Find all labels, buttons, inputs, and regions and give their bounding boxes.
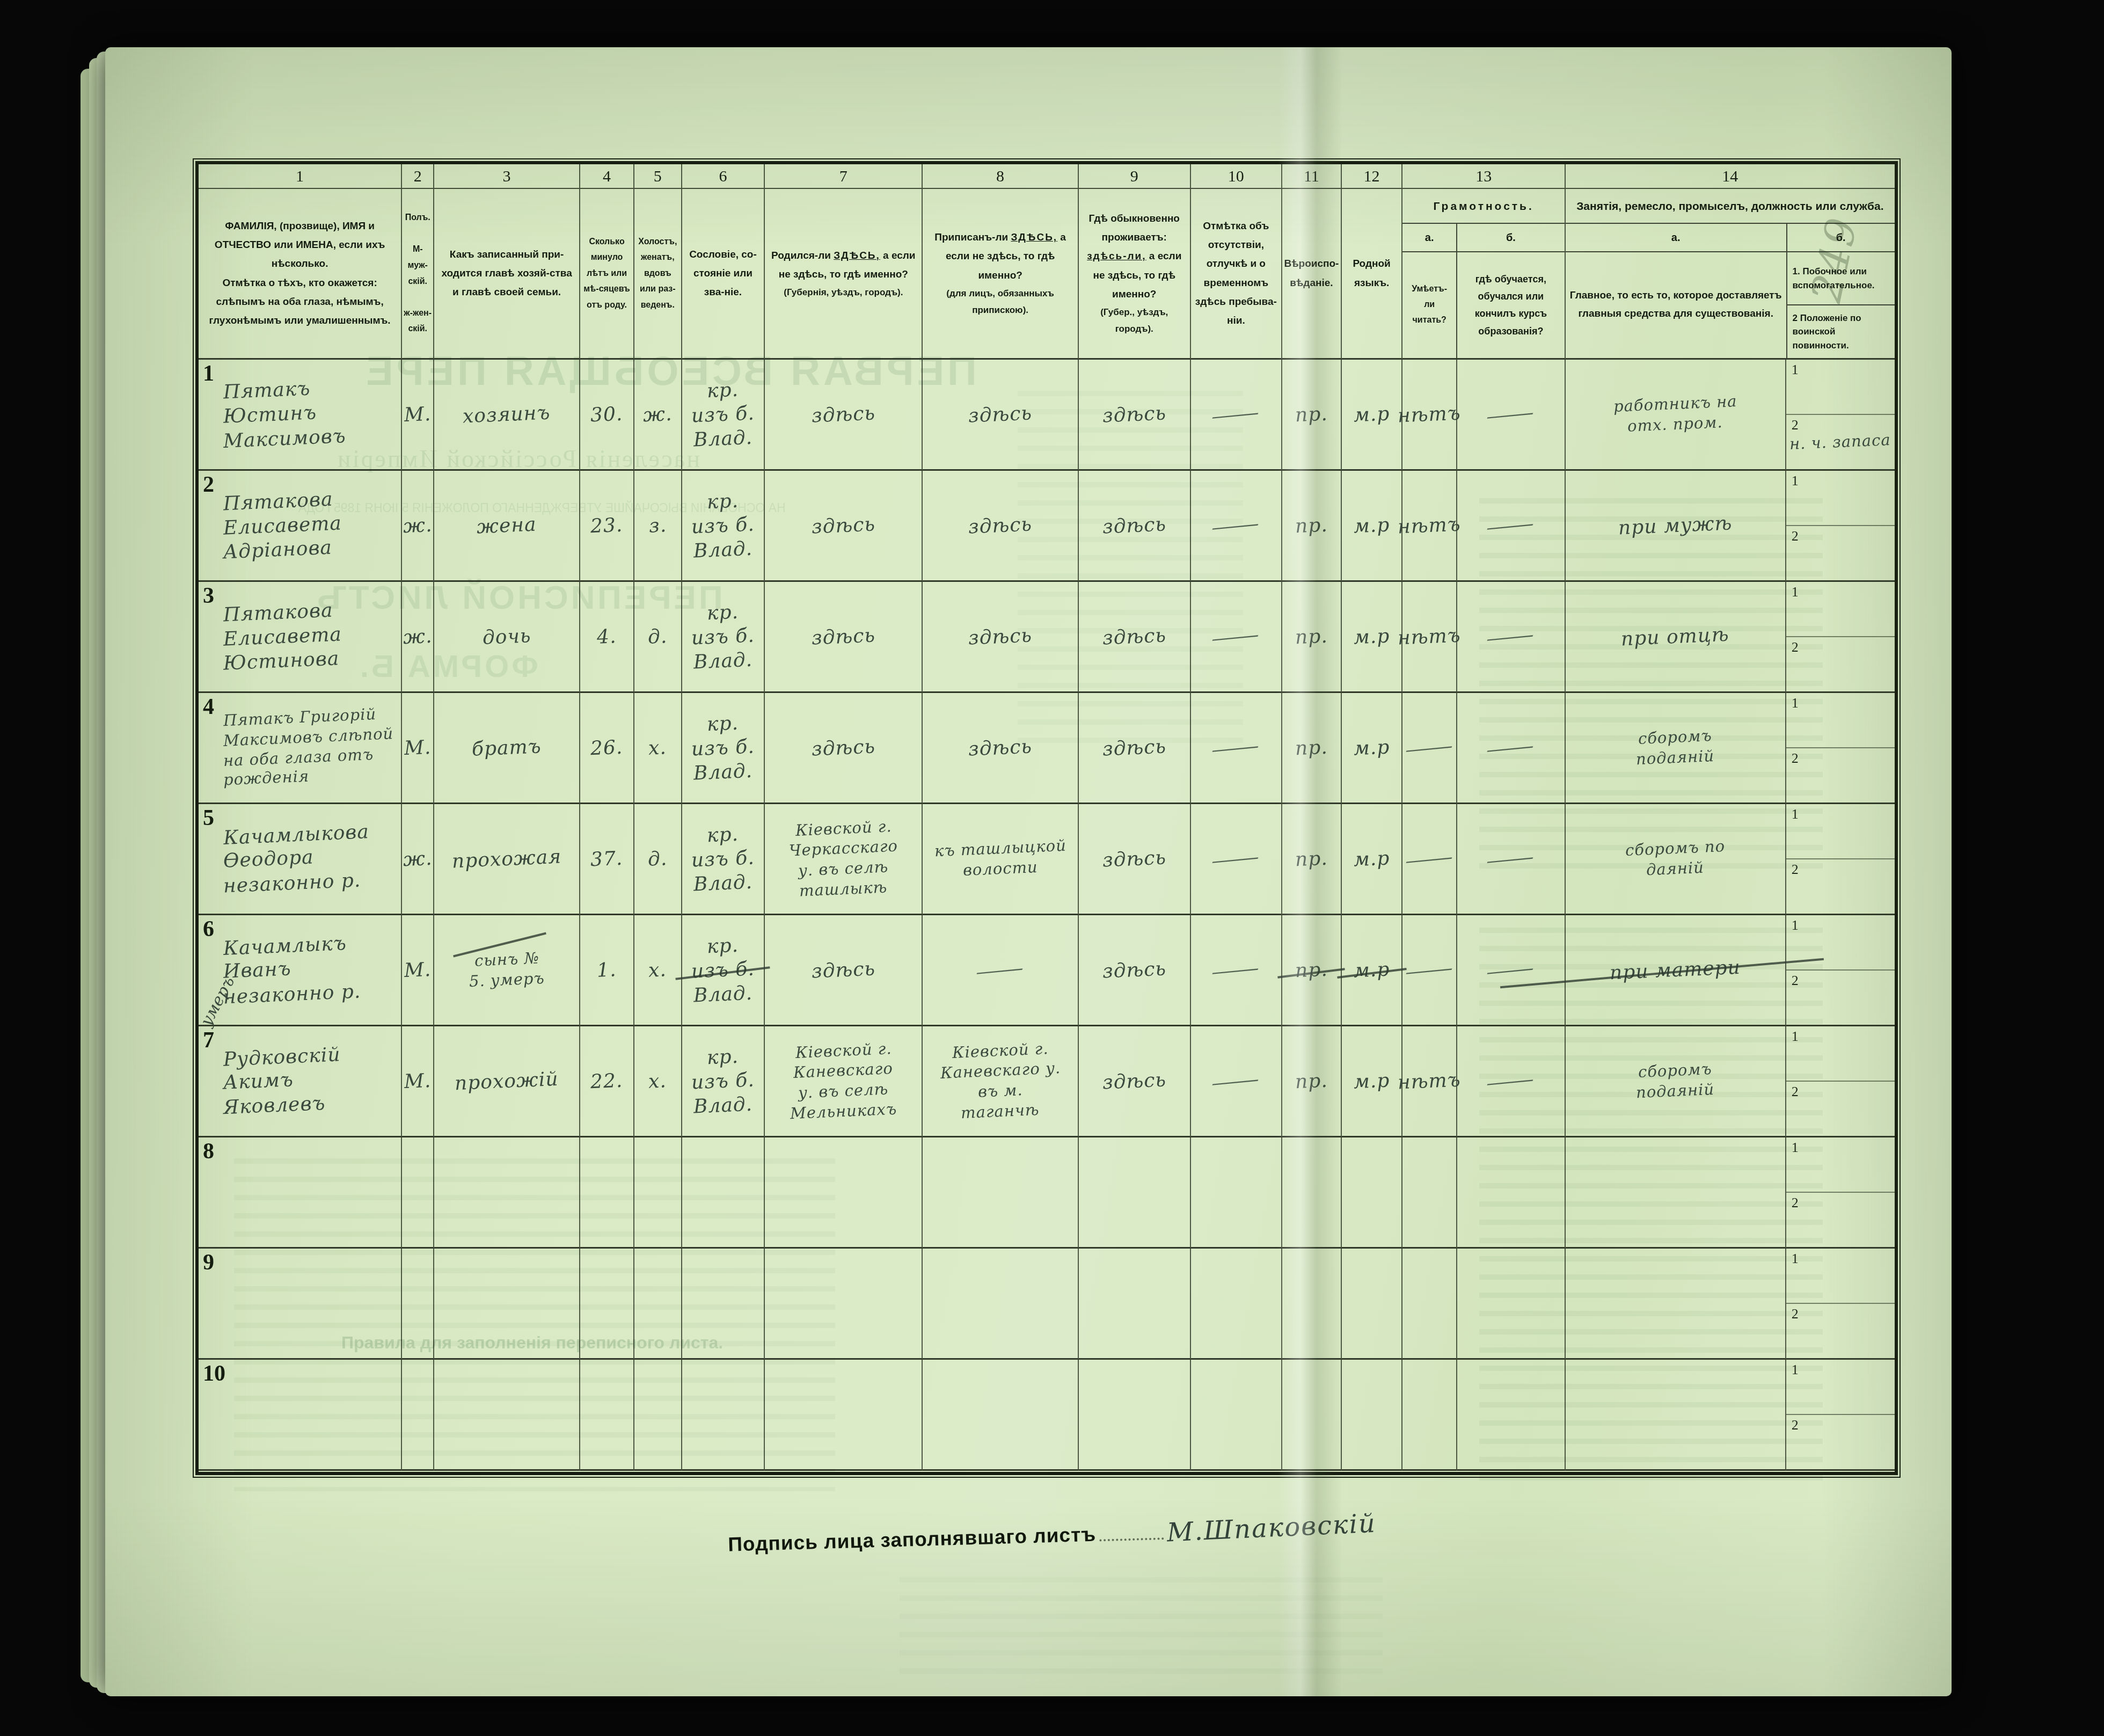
- row-4-c1-cell: 4Пятакъ ГригорійМаксимовъ слѣпойна оба г…: [199, 693, 402, 804]
- printed-subcell-number: 1: [1792, 1251, 1799, 1267]
- printed-subcell-number: 1: [1792, 1029, 1799, 1045]
- handwritten-entry: здѣсь: [811, 401, 876, 428]
- row-7-c10-cell: —: [1191, 1026, 1283, 1137]
- col-number-5: 5: [634, 164, 682, 189]
- row-5-c3-cell: прохожая: [434, 804, 580, 915]
- row-2-c12-cell: м.р: [1342, 471, 1403, 582]
- handwritten-entry: Влад.: [693, 981, 753, 1008]
- row-number-9: 9: [203, 1250, 214, 1275]
- row-8-c6-cell: [682, 1137, 765, 1249]
- handwritten-entry: подаяній: [1635, 746, 1715, 770]
- handwritten-entry: здѣсь: [1102, 734, 1167, 761]
- row-8-c14b-1: 1: [1786, 1137, 1895, 1193]
- handwritten-entry: сборомъ: [1638, 1059, 1713, 1083]
- handwritten-entry: Акимъ: [223, 1068, 294, 1095]
- census-sheet: ПЕРВАЯ ВСЕОБЩАЯ ПЕРЕ населенія Россійско…: [105, 47, 1952, 1696]
- handwritten-entry: здѣсь: [1102, 957, 1167, 983]
- handwritten-entry: —: [1225, 735, 1246, 761]
- handwritten-entry: изъ б.: [691, 623, 755, 650]
- row-9-c5-cell: [634, 1249, 682, 1360]
- handwritten-entry: отх. пром.: [1627, 412, 1723, 436]
- handwritten-entry: прохожій: [454, 1067, 559, 1095]
- row-3-c11-cell: пр.: [1282, 582, 1342, 693]
- row-number-2: 2: [203, 472, 214, 498]
- header-sex-column: Полъ. М-муж-скій. ж-жен-скій.: [402, 189, 434, 360]
- header-name-line1: ФАМИЛІЯ, (прозвище), ИМЯ и ОТЧЕСТВО или …: [202, 217, 398, 273]
- row-5-c6-cell: кр.изъ б.Влад.: [682, 804, 765, 915]
- printed-subcell-number: 1: [1792, 1362, 1799, 1378]
- row-2-c1-cell: 2ПятаковаЕлисаветаАдріанова: [199, 471, 402, 582]
- row-3-c3-cell: дочь: [434, 582, 580, 693]
- row-8-c13b-cell: [1457, 1137, 1566, 1249]
- row-10-c8-cell: [923, 1360, 1079, 1471]
- handwritten-entry: здѣсь: [811, 957, 876, 983]
- handwritten-entry: —: [1225, 1069, 1246, 1094]
- row-5-c10-cell: —: [1191, 804, 1283, 915]
- handwritten-entry: изъ б.: [691, 845, 755, 872]
- row-10-c11-cell: [1282, 1360, 1342, 1471]
- row-8-c7-cell: [765, 1137, 923, 1249]
- handwritten-entry: ташлыкѣ: [799, 877, 888, 901]
- handwritten-entry: д.: [647, 847, 668, 872]
- row-7-c13a-cell: нѣтъ: [1402, 1026, 1457, 1137]
- row-9-c14b-cell: 12: [1786, 1249, 1895, 1360]
- row-4-c11-cell: пр.: [1282, 693, 1342, 804]
- row-6-c10-cell: —: [1191, 915, 1283, 1026]
- row-4-c14b-1: 1: [1786, 693, 1895, 748]
- col-number-14: 14: [1566, 164, 1895, 189]
- row-4-c2-cell: М.: [402, 693, 434, 804]
- handwritten-entry: Адріанова: [223, 535, 333, 564]
- row-9-c12-cell: [1342, 1249, 1403, 1360]
- printed-subcell-number: 2: [1792, 1306, 1799, 1322]
- row-2-c14a-cell: при мужѣ: [1566, 471, 1786, 582]
- header-literacy-read: Умѣетъ-ли читать?: [1402, 252, 1456, 358]
- row-5-c11-cell: пр.: [1282, 804, 1342, 915]
- handwritten-entry: хозяинъ: [463, 400, 551, 428]
- handwritten-entry: нѣтъ: [1397, 1068, 1461, 1095]
- row-9-c9-cell: [1079, 1249, 1191, 1360]
- header-occupation-secondary: 1. Побочное или вспомогательное.: [1787, 252, 1895, 306]
- handwritten-entry: пр.: [1295, 735, 1328, 761]
- handwritten-entry: кр.: [706, 1044, 739, 1070]
- row-5-c13a-cell: —: [1402, 804, 1457, 915]
- handwritten-entry: кр.: [706, 711, 739, 736]
- header-occupation-group: Занятія, ремесло, промыселъ, должность и…: [1566, 189, 1895, 360]
- row-1-c3-cell: хозяинъ: [434, 360, 580, 471]
- row-8-c14b-cell: 12: [1786, 1137, 1895, 1249]
- handwritten-entry: 22.: [590, 1068, 623, 1094]
- row-3-c10-cell: —: [1191, 582, 1283, 693]
- signature-label: Подпись лица заполнявшаго листъ: [728, 1523, 1097, 1556]
- handwritten-entry: здѣсь: [1102, 512, 1167, 539]
- census-table: 1 2 3 4 5 6 7 8 9 10 11 12 13 14 ФАМИЛІЯ…: [195, 161, 1898, 1475]
- handwritten-entry: з.: [648, 513, 667, 538]
- header-residence-column: Гдѣ обыкновенно проживаетъ: здѣсь-ли, а …: [1079, 189, 1191, 360]
- printed-subcell-number: 1: [1792, 806, 1799, 822]
- handwritten-entry: нѣтъ: [1397, 623, 1461, 650]
- header-literacy-education: гдѣ обучается, обучался или кончилъ курс…: [1457, 252, 1565, 358]
- row-4-c14b-cell: 12: [1786, 693, 1895, 804]
- handwritten-entry: ж.: [642, 402, 673, 427]
- handwritten-entry: —: [1500, 402, 1521, 427]
- row-7-c8-cell: Кіевской г.Каневскаго у.въ м.таганчѣ: [923, 1026, 1079, 1137]
- row-7-c14b-2: 2: [1786, 1082, 1895, 1136]
- printed-subcell-number: 2: [1792, 750, 1799, 767]
- row-7-c9-cell: здѣсь: [1079, 1026, 1191, 1137]
- row-6-c7-cell: здѣсь: [765, 915, 923, 1026]
- row-10-c14b-cell: 12: [1786, 1360, 1895, 1471]
- handwritten-entry: здѣсь: [1102, 623, 1167, 650]
- handwritten-entry: —: [1419, 958, 1440, 983]
- row-6-c8-cell: —: [923, 915, 1079, 1026]
- row-2-c7-cell: здѣсь: [765, 471, 923, 582]
- handwritten-entry: здѣсь: [968, 401, 1033, 428]
- row-3-c6-cell: кр.изъ б.Влад.: [682, 582, 765, 693]
- signature-row: Подпись лица заполнявшаго листъ М.Шпаков…: [728, 1510, 1377, 1556]
- printed-subcell-number: 2: [1792, 1195, 1799, 1211]
- row-4-c14a-cell: сборомъподаяній: [1566, 693, 1786, 804]
- handwritten-entry: волости: [962, 857, 1038, 881]
- handwritten-entry: —: [1225, 958, 1246, 983]
- handwritten-entry: Влад.: [693, 758, 753, 785]
- handwritten-entry: ж.: [403, 513, 433, 538]
- row-10-c13a-cell: [1402, 1360, 1457, 1471]
- handwritten-entry: М.: [404, 735, 432, 760]
- header-literacy-letter-a: а.: [1402, 224, 1456, 252]
- col-number-12: 12: [1342, 164, 1403, 189]
- handwritten-entry: м.р: [1353, 957, 1390, 983]
- row-10-c5-cell: [634, 1360, 682, 1471]
- row-5-c14b-2: 2: [1786, 859, 1895, 914]
- row-1-c8-cell: здѣсь: [923, 360, 1079, 471]
- row-5-c1-cell: 5КачамлыковаѲеодоранезаконно р.: [199, 804, 402, 915]
- header-absence-column: Отмѣтка объ отсутствіи, отлучкѣ и о врем…: [1191, 189, 1283, 360]
- handwritten-entry: изъ б.: [691, 734, 755, 761]
- row-5-c14a-cell: сборомъ подаяній: [1566, 804, 1786, 915]
- row-1-c9-cell: здѣсь: [1079, 360, 1191, 471]
- header-occupation-letter-a: а.: [1566, 224, 1786, 252]
- handwritten-entry: изъ б.: [691, 1068, 755, 1095]
- handwritten-entry: Качамлыкъ: [223, 931, 347, 961]
- handwritten-entry: Влад.: [693, 870, 753, 896]
- handwritten-entry: здѣсь: [968, 623, 1033, 650]
- row-5-c7-cell: Кіевской г.Черкасскагоу. въ селѣташлыкѣ: [765, 804, 923, 915]
- printed-subcell-number: 1: [1792, 473, 1799, 489]
- row-7-c11-cell: пр.: [1282, 1026, 1342, 1137]
- row-7-c1-cell: 7РудковскійАкимъЯковлевъ: [199, 1026, 402, 1137]
- row-10-c13b-cell: [1457, 1360, 1566, 1471]
- handwritten-entry: сынъ №: [474, 949, 539, 972]
- handwritten-entry: —: [1500, 624, 1521, 650]
- row-5-c8-cell: къ ташлыцкойволости: [923, 804, 1079, 915]
- row-6-c14b-2: 2: [1786, 971, 1895, 1025]
- col-number-6: 6: [682, 164, 765, 189]
- row-7-c14b-1: 1: [1786, 1026, 1895, 1082]
- handwritten-entry: х.: [648, 1069, 667, 1093]
- row-6-c9-cell: здѣсь: [1079, 915, 1191, 1026]
- row-6-c11-cell: пр.: [1282, 915, 1342, 1026]
- handwritten-entry: къ ташлыцкой: [934, 836, 1066, 862]
- handwritten-entry: Влад.: [693, 1092, 753, 1119]
- row-2-c14b-2: 2: [1786, 526, 1895, 580]
- row-1-c11-cell: пр.: [1282, 360, 1342, 471]
- row-5-c2-cell: ж.: [402, 804, 434, 915]
- row-2-c14b-1: 1: [1786, 471, 1895, 526]
- header-registration-text: Приписанъ-ли ЗДѢСЬ, а если не здѣсь, то …: [926, 228, 1075, 285]
- row-4-c14b-2: 2: [1786, 748, 1895, 803]
- row-7-c4-cell: 22.: [580, 1026, 634, 1137]
- row-6-c14a-cell: при матери: [1566, 915, 1786, 1026]
- ghost-paragraph-bottom-center: [900, 1577, 1383, 1674]
- row-number-5: 5: [203, 805, 214, 831]
- handwritten-entry: —: [1419, 847, 1440, 872]
- header-birthplace-text: Родился-ли ЗДѢСЬ, а если не здѣсь, то гд…: [768, 246, 918, 284]
- row-1-c1-cell: 1ПятакъЮстинъМаксимовъ: [199, 360, 402, 471]
- handwritten-entry: 1.: [596, 958, 617, 983]
- handwritten-entry: Яковлевъ: [223, 1091, 326, 1119]
- row-2-c10-cell: —: [1191, 471, 1283, 582]
- row-number-1: 1: [203, 361, 214, 386]
- row-5-c5-cell: д.: [634, 804, 682, 915]
- handwritten-entry: н. ч. запаса: [1789, 430, 1891, 455]
- row-8-c10-cell: [1191, 1137, 1283, 1249]
- row-1-c14b-1: 1: [1786, 360, 1895, 415]
- row-2-c6-cell: кр.изъ б.Влад.: [682, 471, 765, 582]
- col-number-4: 4: [580, 164, 634, 189]
- handwritten-entry: пр.: [1295, 624, 1328, 650]
- row-9-c14b-2: 2: [1786, 1304, 1895, 1358]
- handwritten-entry: здѣсь: [968, 734, 1033, 761]
- row-10-c14a-cell: [1566, 1360, 1786, 1471]
- census-scan-photo: { "page": { "pencil_number": "249", "sig…: [0, 0, 2104, 1736]
- handwritten-entry: Пятакова: [223, 487, 333, 516]
- handwritten-entry: подаяній: [1635, 1079, 1715, 1103]
- row-8-c13a-cell: [1402, 1137, 1457, 1249]
- row-number-10: 10: [203, 1361, 225, 1387]
- row-2-c3-cell: жена: [434, 471, 580, 582]
- header-occupation-title: Занятія, ремесло, промыселъ, должность и…: [1566, 189, 1895, 224]
- header-residence-text: Гдѣ обыкновенно проживаетъ: здѣсь-ли, а …: [1082, 209, 1187, 304]
- row-5-c9-cell: здѣсь: [1079, 804, 1191, 915]
- row-6-c2-cell: М.: [402, 915, 434, 1026]
- row-9-c10-cell: [1191, 1249, 1283, 1360]
- row-number-8: 8: [203, 1139, 214, 1164]
- row-2-c14b-cell: 12: [1786, 471, 1895, 582]
- header-name-column: ФАМИЛІЯ, (прозвище), ИМЯ и ОТЧЕСТВО или …: [199, 189, 402, 360]
- row-9-c2-cell: [402, 1249, 434, 1360]
- header-literacy-letter-b: б.: [1457, 224, 1565, 252]
- handwritten-entry: пр.: [1295, 846, 1328, 872]
- row-10-c14b-2: 2: [1786, 1415, 1895, 1469]
- header-sex-female: ж-жен-скій.: [403, 305, 432, 337]
- row-4-c5-cell: х.: [634, 693, 682, 804]
- handwritten-entry: пр.: [1295, 1068, 1328, 1094]
- handwritten-entry: ж.: [403, 846, 433, 871]
- handwritten-entry: Пятакова: [223, 598, 333, 627]
- row-6-c4-cell: 1.: [580, 915, 634, 1026]
- row-7-c5-cell: х.: [634, 1026, 682, 1137]
- printed-subcell-number: 2: [1792, 417, 1799, 433]
- row-9-c11-cell: [1282, 1249, 1342, 1360]
- row-8-c12-cell: [1342, 1137, 1403, 1249]
- header-literacy-sub-a: а. Умѣетъ-ли читать?: [1402, 224, 1457, 358]
- handwritten-entry: при отцѣ: [1621, 622, 1730, 651]
- row-1-c14b-cell: 12н. ч. запаса: [1786, 360, 1895, 471]
- row-3-c7-cell: здѣсь: [765, 582, 923, 693]
- row-9-c13a-cell: [1402, 1249, 1457, 1360]
- col-number-2: 2: [402, 164, 434, 189]
- printed-subcell-number: 2: [1792, 639, 1799, 655]
- row-9-c8-cell: [923, 1249, 1079, 1360]
- header-occupation-military: 2 Положеніе по воинской повинности.: [1787, 305, 1895, 358]
- handwritten-entry: таганчѣ: [961, 1100, 1040, 1124]
- handwritten-entry: 5. умеръ: [469, 968, 545, 992]
- row-10-c3-cell: [434, 1360, 580, 1471]
- handwritten-entry: —: [990, 958, 1011, 983]
- row-2-c11-cell: пр.: [1282, 471, 1342, 582]
- handwritten-entry: сборомъ по: [1625, 836, 1726, 861]
- header-estate-column: Сословіе, со-стояніе или зва-ніе.: [682, 189, 765, 360]
- handwritten-entry: м.р: [1353, 735, 1390, 761]
- row-1-c2-cell: М.: [402, 360, 434, 471]
- row-7-c14b-cell: 12: [1786, 1026, 1895, 1137]
- header-literacy-group: Грамотность. а. Умѣетъ-ли читать? б. гдѣ…: [1402, 189, 1565, 360]
- handwritten-entry: —: [1500, 513, 1521, 538]
- header-language-column: Родной языкъ.: [1342, 189, 1403, 360]
- row-5-c12-cell: м.р: [1342, 804, 1403, 915]
- row-7-c6-cell: кр.изъ б.Влад.: [682, 1026, 765, 1137]
- handwritten-entry: М.: [404, 402, 432, 427]
- handwritten-entry: кр.: [706, 933, 739, 959]
- row-6-c5-cell: х.: [634, 915, 682, 1026]
- printed-subcell-number: 2: [1792, 973, 1799, 989]
- row-3-c14a-cell: при отцѣ: [1566, 582, 1786, 693]
- row-4-c4-cell: 26.: [580, 693, 634, 804]
- handwritten-entry: нѣтъ: [1397, 512, 1461, 539]
- handwritten-entry: —: [1225, 402, 1246, 427]
- row-2-c9-cell: здѣсь: [1079, 471, 1191, 582]
- printed-subcell-number: 2: [1792, 528, 1799, 544]
- col-number-13: 13: [1402, 164, 1565, 189]
- row-6-c6-cell: кр.изъ б.Влад.: [682, 915, 765, 1026]
- row-8-c1-cell: 8: [199, 1137, 402, 1249]
- handwritten-entry: дочь: [482, 624, 531, 650]
- handwritten-entry: м.р: [1353, 624, 1390, 650]
- row-4-c8-cell: здѣсь: [923, 693, 1079, 804]
- row-4-c6-cell: кр.изъ б.Влад.: [682, 693, 765, 804]
- row-2-c4-cell: 23.: [580, 471, 634, 582]
- row-9-c13b-cell: [1457, 1249, 1566, 1360]
- header-sex-title: Полъ.: [405, 210, 430, 226]
- row-3-c4-cell: 4.: [580, 582, 634, 693]
- row-2-c13a-cell: нѣтъ: [1402, 471, 1457, 582]
- row-4-c13a-cell: —: [1402, 693, 1457, 804]
- handwritten-entry: кр.: [706, 600, 739, 625]
- row-10-c4-cell: [580, 1360, 634, 1471]
- handwritten-entry: —: [1225, 847, 1246, 872]
- col-number-1: 1: [199, 164, 402, 189]
- printed-subcell-number: 1: [1792, 917, 1799, 933]
- row-7-c7-cell: Кіевской г.Каневскагоу. въ селѣМельниках…: [765, 1026, 923, 1137]
- printed-subcell-number: 1: [1792, 695, 1799, 711]
- header-literacy-sub-b: б. гдѣ обучается, обучался или кончилъ к…: [1457, 224, 1565, 358]
- row-9-c6-cell: [682, 1249, 765, 1360]
- row-8-c11-cell: [1282, 1137, 1342, 1249]
- handwritten-entry: пр.: [1295, 513, 1328, 538]
- handwritten-entry: х.: [648, 958, 667, 982]
- handwritten-entry: даяній: [1646, 858, 1704, 880]
- row-3-c14b-2: 2: [1786, 637, 1895, 691]
- row-8-c4-cell: [580, 1137, 634, 1249]
- row-9-c7-cell: [765, 1249, 923, 1360]
- printed-subcell-number: 1: [1792, 584, 1799, 600]
- row-6-c13a-cell: —: [1402, 915, 1457, 1026]
- handwritten-entry: м.р: [1353, 513, 1390, 538]
- handwritten-entry: —: [1225, 624, 1246, 650]
- row-3-c5-cell: д.: [634, 582, 682, 693]
- handwritten-entry: кр.: [706, 488, 739, 514]
- row-8-c9-cell: [1079, 1137, 1191, 1249]
- row-9-c14b-1: 1: [1786, 1249, 1895, 1304]
- handwritten-entry: здѣсь: [968, 512, 1033, 539]
- handwritten-entry: рожденія: [223, 766, 310, 790]
- printed-subcell-number: 1: [1792, 362, 1799, 378]
- printed-subcell-number: 2: [1792, 1417, 1799, 1433]
- row-1-c10-cell: —: [1191, 360, 1283, 471]
- row-5-c14b-1: 1: [1786, 804, 1895, 859]
- header-literacy-title: Грамотность.: [1402, 189, 1564, 224]
- handwritten-entry: нѣтъ: [1397, 401, 1461, 428]
- header-occupation-letter-b: б.: [1787, 224, 1895, 252]
- row-3-c8-cell: здѣсь: [923, 582, 1079, 693]
- handwritten-entry: Иванъ: [223, 957, 291, 983]
- handwritten-entry: —: [1500, 1069, 1521, 1094]
- row-1-c7-cell: здѣсь: [765, 360, 923, 471]
- handwritten-entry: въ м.: [977, 1080, 1023, 1102]
- row-10-c14b-1: 1: [1786, 1360, 1895, 1415]
- handwritten-entry: изъ б.: [691, 957, 755, 983]
- row-8-c5-cell: [634, 1137, 682, 1249]
- handwritten-entry: Влад.: [693, 536, 753, 563]
- row-4-c12-cell: м.р: [1342, 693, 1403, 804]
- row-6-c14b-1: 1: [1786, 915, 1895, 971]
- handwritten-entry: братъ: [471, 734, 542, 762]
- row-4-c3-cell: братъ: [434, 693, 580, 804]
- row-5-c14b-cell: 12: [1786, 804, 1895, 915]
- handwritten-entry: 23.: [590, 513, 623, 538]
- header-occupation-sub-a: а. Главное, то есть то, которое доставля…: [1566, 224, 1787, 358]
- row-1-c13a-cell: нѣтъ: [1402, 360, 1457, 471]
- handwritten-entry: —: [1500, 958, 1521, 983]
- row-8-c8-cell: [923, 1137, 1079, 1249]
- signature-dotted-leader: [1099, 1537, 1164, 1541]
- header-residence-note: (Губер., уѣздъ, городъ).: [1082, 304, 1187, 338]
- handwritten-entry: М.: [404, 1068, 432, 1093]
- handwritten-entry: 4.: [596, 624, 617, 650]
- row-3-c1-cell: 3ПятаковаЕлисаветаЮстинова: [199, 582, 402, 693]
- handwritten-entry: 26.: [590, 735, 623, 761]
- row-9-c14a-cell: [1566, 1249, 1786, 1360]
- handwritten-entry: Ѳеодора: [223, 845, 314, 873]
- col-number-8: 8: [923, 164, 1079, 189]
- row-1-c5-cell: ж.: [634, 360, 682, 471]
- handwritten-entry: 30.: [590, 402, 623, 427]
- handwritten-entry: м.р: [1353, 846, 1390, 872]
- row-6-c14b-cell: 12: [1786, 915, 1895, 1026]
- enumerator-signature: М.Шпаковскій: [1166, 1508, 1377, 1548]
- row-number-4: 4: [203, 694, 214, 720]
